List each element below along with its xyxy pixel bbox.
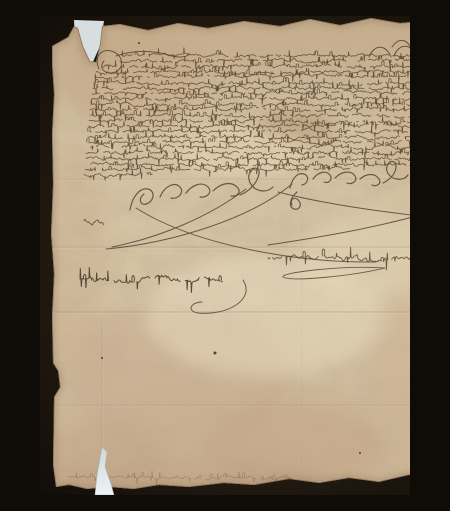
manuscript-photograph: [40, 16, 410, 495]
manuscript-scene: [40, 16, 410, 495]
